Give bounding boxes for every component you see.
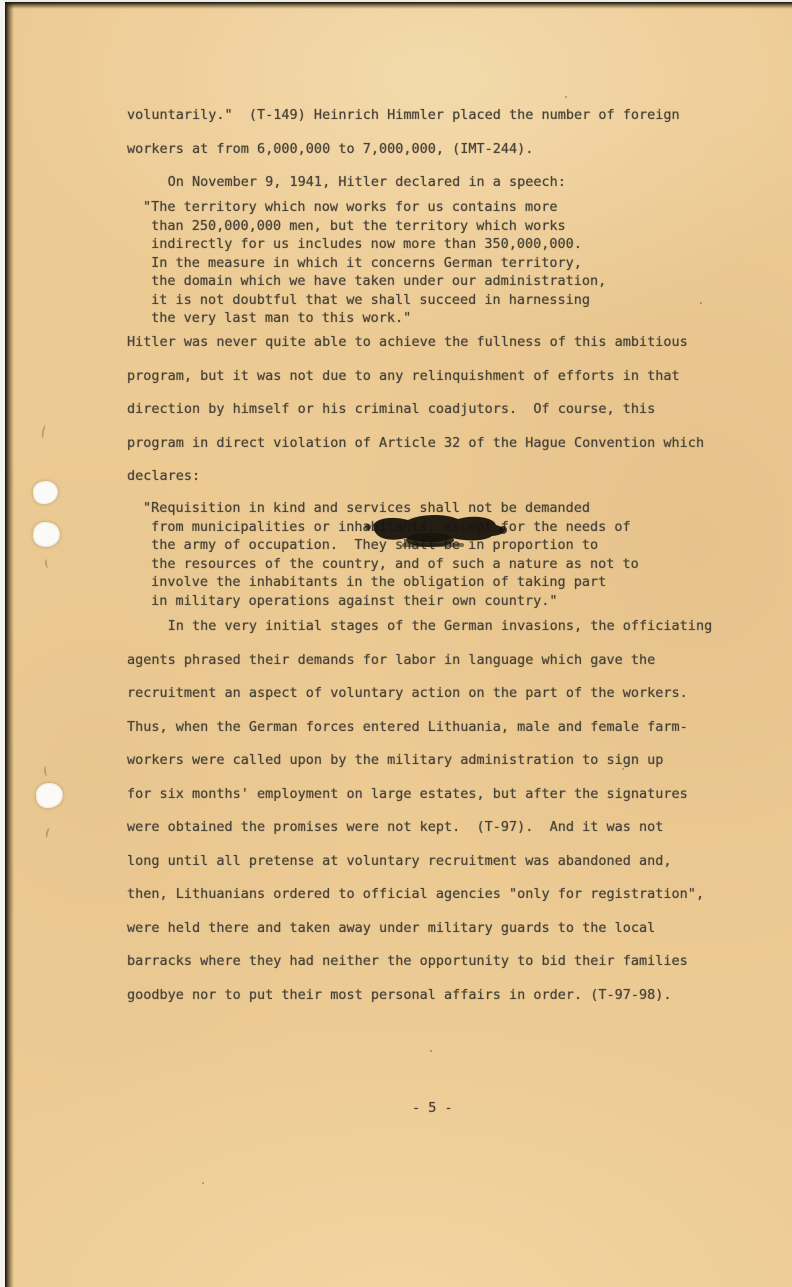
paragraph-speech-intro: On November 9, 1941, Hitler declared in …	[127, 166, 566, 200]
scan-edge-top-shadow	[5, 2, 792, 9]
scanned-page: voluntarily." (T-149) Heinrich Himmler p…	[0, 0, 792, 1287]
paper-speck	[622, 768, 624, 770]
punch-hole	[32, 479, 60, 505]
paragraph-workers-count: voluntarily." (T-149) Heinrich Himmler p…	[127, 99, 680, 166]
paper-crease	[43, 766, 49, 776]
page-number: - 5 -	[412, 1099, 453, 1118]
paper-speck	[290, 224, 292, 226]
scan-edge-left-shadow	[5, 0, 14, 1287]
paper-crease	[45, 828, 52, 839]
paper-speck	[565, 96, 567, 98]
ink-blot	[360, 511, 516, 551]
punch-hole	[35, 782, 64, 809]
paper-speck	[202, 1182, 204, 1184]
paper-crease	[44, 559, 50, 569]
blockquote-hitler-speech: "The territory which now works for us co…	[143, 198, 606, 328]
paper-crease	[41, 425, 48, 440]
punch-hole	[32, 521, 61, 549]
paragraph-lithuania-recruitment: In the very initial stages of the German…	[127, 610, 712, 1012]
paragraph-hague-convention: Hitler was never quite able to achieve t…	[127, 326, 704, 494]
paper-speck	[700, 302, 702, 304]
paper-speck	[430, 1050, 432, 1052]
